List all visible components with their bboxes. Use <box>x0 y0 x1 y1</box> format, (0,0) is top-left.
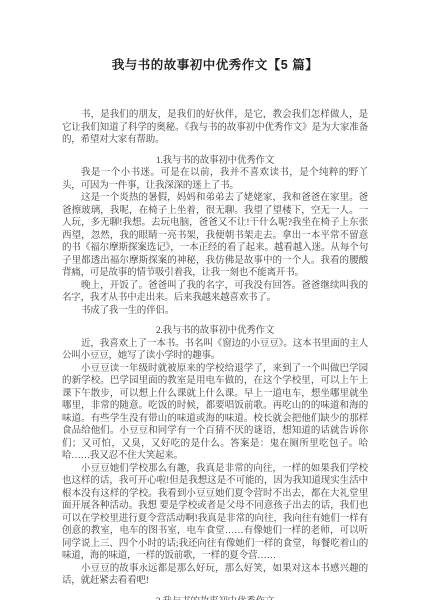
document-title: 我与书的故事初中优秀作文【5 篇】 <box>62 0 368 73</box>
document-content: 我与书的故事初中优秀作文【5 篇】 书，是我们的朋友，是我们的好伙伴，是它，教会… <box>62 0 368 600</box>
paragraph: 小豆豆的故事永远都是那么好玩，那么好笑，如果对这本书感兴趣的话，就赶紧去看看吧! <box>62 563 368 588</box>
paragraph: 晚上，开饭了。爸爸叫了我的名字，可我没有回答。爸爸继续叫我的名字，我才从书中走出… <box>62 280 368 305</box>
intro-paragraph: 书，是我们的朋友，是我们的好伙伴，是它，教会我们怎样做人，是它让我们知道了科学的… <box>62 109 368 147</box>
paragraph: 近，我喜欢上了一本书。书名叫《窗边的小豆豆》。这本书里面的主人公叫小豆豆，她写了… <box>62 338 368 363</box>
paragraph: 书成了我一生的伴侣。 <box>62 305 368 318</box>
section-heading: 3.我与书的故事初中优秀作文 <box>62 596 368 600</box>
paragraph: 小豆豆读一年级时就被原来的学校给退学了，来到了一个叫做巴学园的新学校。巴学园里面… <box>62 363 368 463</box>
paragraph: 这是一个炎热的暑假，妈妈和弟弟去了姥姥家，我和爸爸在家里。爸爸擦玻璃，我呢，在椅… <box>62 192 368 280</box>
paragraph: 我是一个小书迷。可是在以前，我并不喜欢读书，是个纯粹的野丫头，可因为一件事，让我… <box>62 167 368 192</box>
document-page: 我与书的故事初中优秀作文【5 篇】 书，是我们的朋友，是我们的好伙伴，是它，教会… <box>0 0 423 600</box>
paragraph: 小豆豆她们学校那么有趣，我真是非常的向往，一样的如果我们学校也这样的话，我可开心… <box>62 463 368 563</box>
section-heading: 1.我与书的故事初中优秀作文 <box>62 155 368 168</box>
sections: 1.我与书的故事初中优秀作文我是一个小书迷。可是在以前，我并不喜欢读书，是个纯粹… <box>62 155 368 600</box>
section-heading: 2.我与书的故事初中优秀作文 <box>62 325 368 338</box>
